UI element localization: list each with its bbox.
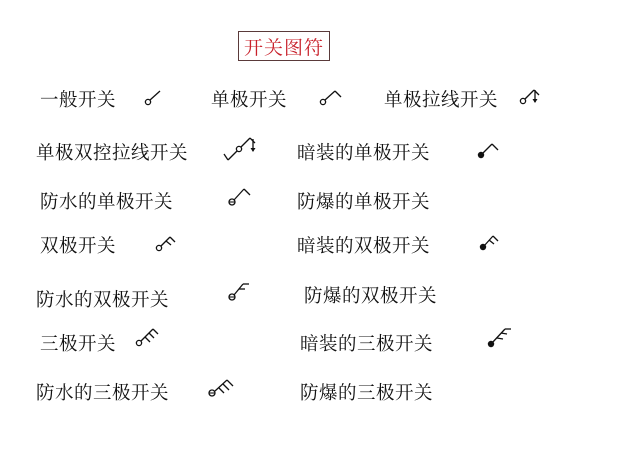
switch-waterproof-double-pole-icon	[227, 280, 255, 304]
item-double-pole-switch: 双极开关	[40, 232, 116, 258]
item-waterproof-single-pole-switch: 防水的单极开关	[40, 188, 173, 214]
item-label: 双极开关	[40, 232, 116, 258]
item-label: 防水的单极开关	[40, 188, 173, 214]
item-label: 单极拉线开关	[384, 86, 498, 112]
item-concealed-double-pole-switch: 暗装的双极开关	[297, 232, 430, 258]
switch-concealed-single-pole-icon	[476, 140, 506, 162]
item-explosion-proof-double-pole-switch: 防爆的双极开关	[304, 282, 437, 308]
item-explosion-proof-triple-pole-switch: 防爆的三极开关	[300, 379, 433, 405]
switch-single-pole-icon	[319, 88, 349, 108]
item-label: 暗装的三极开关	[300, 330, 433, 356]
item-label: 防水的双极开关	[36, 286, 169, 312]
item-label: 防爆的三极开关	[300, 379, 433, 405]
switch-concealed-double-pole-icon	[478, 233, 504, 253]
item-label: 三极开关	[40, 330, 116, 356]
item-waterproof-double-pole-switch: 防水的双极开关	[36, 286, 169, 312]
item-single-pole-pull-cord-switch: 单极拉线开关	[384, 86, 498, 112]
item-waterproof-triple-pole-switch: 防水的三极开关	[36, 379, 169, 405]
item-explosion-proof-single-pole-switch: 防爆的单极开关	[297, 188, 430, 214]
title-box: 开关图符	[238, 31, 330, 61]
item-label: 防爆的单极开关	[297, 188, 430, 214]
item-label: 防水的三极开关	[36, 379, 169, 405]
item-label: 单极双控拉线开关	[36, 139, 188, 165]
switch-single-pole-two-way-pull-cord-icon	[222, 136, 262, 164]
switch-waterproof-single-pole-icon	[227, 185, 257, 209]
item-label: 暗装的双极开关	[297, 232, 430, 258]
switch-concealed-triple-pole-icon	[486, 326, 516, 350]
item-label: 暗装的单极开关	[297, 139, 430, 165]
item-concealed-triple-pole-switch: 暗装的三极开关	[300, 330, 433, 356]
diagram-title: 开关图符	[244, 33, 324, 60]
item-label: 一般开关	[40, 86, 116, 112]
item-label: 单极开关	[211, 86, 287, 112]
switch-triple-pole-icon	[135, 326, 165, 348]
item-single-pole-switch: 单极开关	[211, 86, 287, 112]
item-general-switch: 一般开关	[40, 86, 116, 112]
item-triple-pole-switch: 三极开关	[40, 330, 116, 356]
switch-general-icon	[144, 88, 168, 108]
switch-waterproof-triple-pole-icon	[207, 376, 239, 400]
item-label: 防爆的双极开关	[304, 282, 437, 308]
switch-double-pole-icon	[155, 234, 181, 254]
item-concealed-single-pole-switch: 暗装的单极开关	[297, 139, 430, 165]
item-single-pole-two-way-pull-cord-switch: 单极双控拉线开关	[36, 139, 188, 165]
switch-single-pole-pull-cord-icon	[519, 86, 545, 108]
